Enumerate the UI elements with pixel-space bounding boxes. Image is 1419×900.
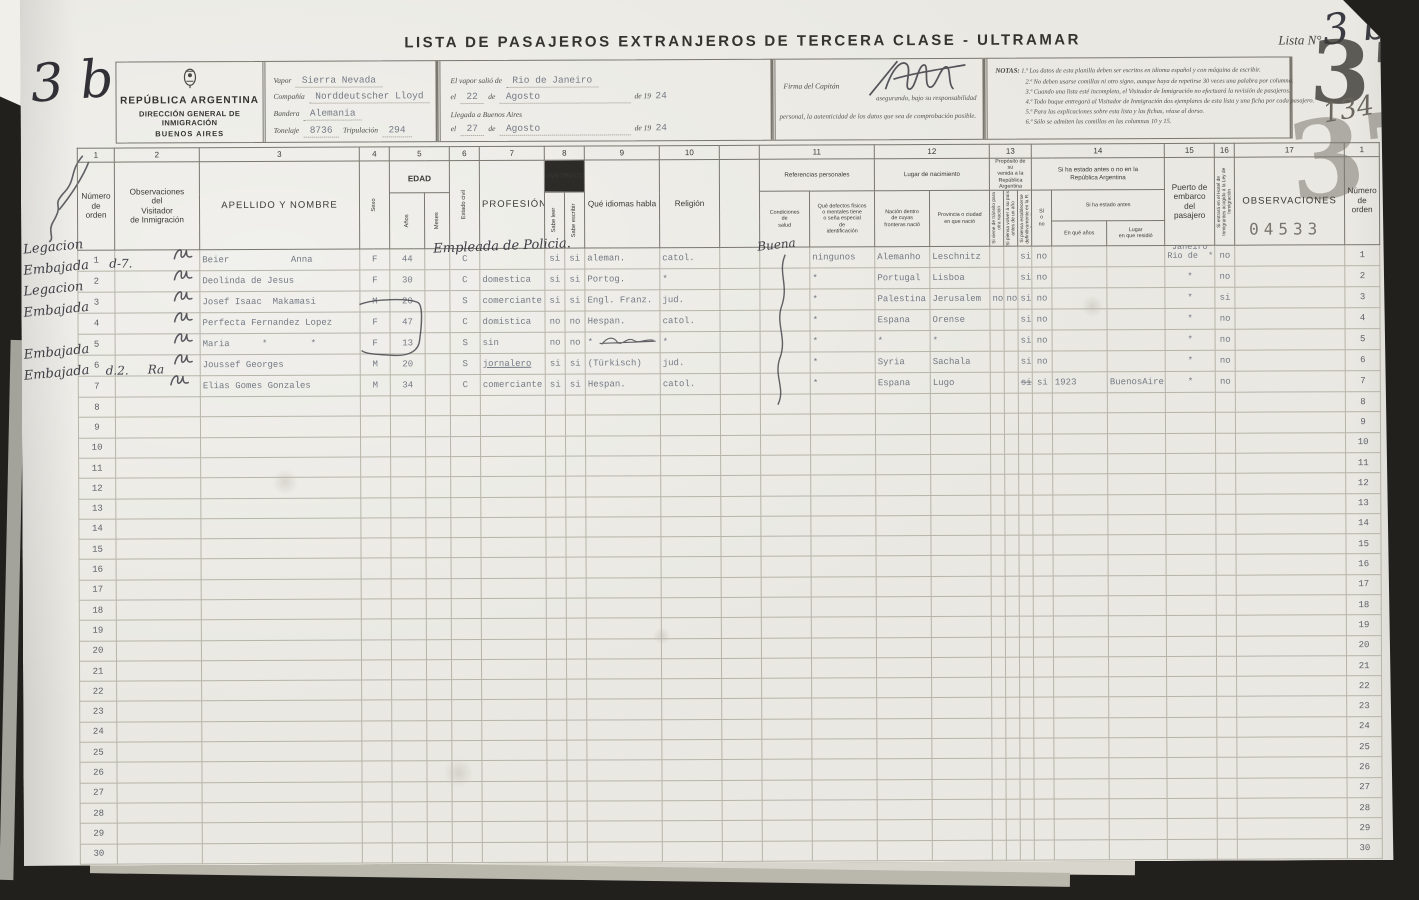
- cell-sexo: [362, 802, 392, 822]
- cell-religion: [660, 415, 720, 436]
- cell-meses: [425, 354, 450, 375]
- cell-anos: [391, 599, 426, 619]
- cell-p2: [1004, 246, 1018, 267]
- cell-prof: [482, 740, 547, 761]
- cell-provincia: [931, 515, 991, 536]
- cell-leer: no: [545, 332, 565, 353]
- cell-meses: [426, 578, 451, 598]
- cell-p2: [1006, 799, 1020, 819]
- cell-defectos: [812, 779, 877, 800]
- cell-leer: [547, 720, 567, 740]
- cell-defectos: [812, 678, 877, 699]
- cell-prof: [482, 720, 547, 741]
- cell-leer: [546, 476, 566, 496]
- cell-sp: [720, 394, 760, 414]
- cell-meses: [427, 680, 452, 700]
- cell-name: Elias Gomes Gonzales: [200, 375, 360, 397]
- cell-r14: [1034, 677, 1054, 697]
- tonelaje-value: 8736: [304, 125, 339, 138]
- cell-p1: no: [990, 288, 1004, 309]
- cell-sp: [722, 780, 762, 800]
- firma-label: Firma del Capitán: [783, 81, 839, 90]
- cell-obs: [117, 681, 202, 702]
- cell-hotel: [1217, 656, 1237, 676]
- cell-p3: [1020, 698, 1034, 718]
- col-numero-orden-2: Número de orden: [1344, 157, 1379, 245]
- cell-sexo: [361, 619, 391, 639]
- nota-1: 1.ª Los datos de esta planilla deben ser…: [1021, 67, 1260, 75]
- cell-defectos: [811, 597, 876, 618]
- cell-name: [201, 457, 361, 478]
- cell-sexo: [362, 700, 392, 720]
- cell-meses: [426, 457, 451, 477]
- cell-r14: [1034, 657, 1054, 677]
- cell-salud: [762, 699, 812, 720]
- captain-note-2: personal, la autenticidad de los datos q…: [780, 113, 976, 121]
- cell-provincia: [931, 495, 991, 516]
- cell-name: Joussef Georges: [200, 354, 360, 376]
- cell-idiomas: Hespan.: [585, 374, 660, 395]
- cell-nacion: [876, 454, 931, 475]
- cell-r14_anos: [1052, 246, 1107, 267]
- cell-hotel: [1216, 453, 1236, 473]
- cell-name: BeierAnna: [200, 249, 360, 271]
- cell-p3: [1019, 616, 1033, 636]
- cell-estado: [450, 416, 480, 436]
- cell-anos: [391, 497, 426, 517]
- cell-r14_lugar: [1107, 413, 1165, 434]
- cell-estado: [451, 456, 481, 476]
- cell-estado: [452, 822, 482, 842]
- salio-label: El vapor salió de: [450, 76, 501, 85]
- cell-sp: [721, 435, 761, 455]
- cell-p3: [1020, 799, 1034, 819]
- cell-meses: [427, 822, 452, 842]
- cell-religion: [661, 476, 721, 497]
- cell-n2: 3: [1345, 287, 1380, 308]
- cell-defectos: [812, 719, 877, 740]
- cell-p2: [1004, 267, 1018, 288]
- cell-salud: [761, 536, 811, 557]
- cell-nacion: [876, 637, 931, 658]
- cell-nacion: [876, 434, 931, 455]
- cell-escribir: [566, 578, 586, 598]
- cell-anos: [392, 741, 427, 761]
- cell-salud: [762, 759, 812, 780]
- cell-name: [201, 437, 361, 458]
- cell-hotel: [1216, 494, 1236, 514]
- cell-nacion: [877, 698, 932, 719]
- cell-obs17: [1237, 656, 1347, 677]
- cell-provincia: [932, 799, 992, 820]
- page-title-left: LISTA DE PASAJEROS EXTRANJEROS: [404, 33, 758, 52]
- cell-idiomas: [586, 638, 661, 659]
- cell-religion: [662, 821, 722, 842]
- cell-meses: [427, 700, 452, 720]
- cell-obs: [116, 559, 201, 580]
- cell-anos: [391, 639, 426, 659]
- cell-prof: [482, 781, 547, 802]
- cell-r14_anos: [1053, 433, 1108, 454]
- cell-puerto: [1167, 737, 1217, 758]
- cell-r14_lugar: [1108, 494, 1166, 515]
- cell-r14_lugar: [1107, 393, 1165, 414]
- cell-name: [201, 477, 361, 498]
- cell-escribir: [567, 821, 587, 841]
- cell-obs17: [1237, 798, 1347, 819]
- cell-obs17: [1235, 350, 1345, 371]
- col-lugar-residio: Lugar en que residió: [1107, 221, 1165, 246]
- cell-p3: [1019, 474, 1033, 494]
- cell-obs: [117, 742, 202, 763]
- cell-idiomas: [587, 780, 662, 801]
- cell-escribir: [567, 700, 587, 720]
- cell-prof: [482, 761, 547, 782]
- col-proposito-c: Si piensa establecerse definitivamente e…: [1017, 190, 1031, 246]
- cell-r14_anos: [1052, 267, 1107, 288]
- cell-obs17: [1236, 635, 1346, 656]
- cell-meses: [425, 375, 450, 396]
- cell-p3: [1019, 535, 1033, 555]
- cell-sp: [720, 247, 760, 268]
- cell-anos: [392, 781, 427, 801]
- cell-obs17: [1237, 696, 1347, 717]
- cell-hotel: no: [1215, 371, 1235, 392]
- cell-hotel: [1217, 737, 1237, 757]
- cell-nacion: [876, 515, 931, 536]
- cell-nacion: *: [875, 331, 930, 352]
- cell-meses: [426, 477, 451, 497]
- cell-p3: [1019, 596, 1033, 616]
- cell-name: [201, 619, 361, 640]
- cell-estado: [452, 741, 482, 761]
- cell-sp: [721, 516, 761, 536]
- cell-name: [200, 416, 360, 437]
- cell-anos: [391, 477, 426, 497]
- check-mark-row-2: [171, 267, 197, 288]
- cell-provincia: [931, 637, 991, 658]
- cell-p1: [990, 330, 1004, 351]
- cell-n2: 12: [1346, 473, 1381, 493]
- cell-r14: [1034, 758, 1054, 778]
- col-en-que-anos: En qué años: [1052, 221, 1107, 246]
- cell-estado: [451, 619, 481, 639]
- tonelaje-label: Tonelaje: [274, 126, 300, 135]
- cell-sexo: [360, 396, 390, 416]
- cell-prof: [481, 618, 546, 639]
- cell-puerto: *: [1165, 350, 1215, 371]
- cell-sexo: [361, 558, 391, 578]
- cell-estado: [452, 801, 482, 821]
- col-referencias: Referencias personales: [759, 159, 874, 192]
- cell-obs17: [1237, 838, 1347, 859]
- cell-p3: [1020, 779, 1034, 799]
- cell-puerto: *: [1165, 329, 1215, 350]
- cell-r14_anos: [1054, 799, 1109, 820]
- cell-estado: C: [450, 375, 480, 396]
- cell-sp: [722, 739, 762, 759]
- cell-estado: [450, 396, 480, 416]
- cell-escribir: si: [565, 269, 585, 290]
- cell-escribir: [567, 801, 587, 821]
- cell-escribir: [566, 456, 586, 476]
- cell-idiomas: [587, 719, 662, 740]
- cell-defectos: [811, 536, 876, 557]
- cell-sexo: F: [360, 249, 390, 270]
- cell-puerto: *: [1165, 308, 1215, 329]
- cell-r14_lugar: [1108, 616, 1166, 637]
- agency-dept: DIRECCIÓN GENERAL DE INMIGRACIÓN: [117, 109, 263, 128]
- cell-idiomas: [587, 760, 662, 781]
- cell-defectos: [812, 820, 877, 841]
- check-mark-row-7: [168, 372, 194, 393]
- col-spacer: [719, 159, 759, 247]
- cell-idiomas: [586, 537, 661, 558]
- cell-nacion: [877, 657, 932, 678]
- cell-p3: [1020, 738, 1034, 758]
- cell-name: [201, 538, 361, 559]
- cell-n2: 21: [1347, 655, 1382, 675]
- cell-provincia: [930, 414, 990, 435]
- de-label-2: de: [488, 124, 495, 133]
- col-si-ha-estado: Si ha estado antes: [1052, 190, 1165, 221]
- cell-anos: 30: [390, 270, 425, 291]
- cell-p1: [992, 677, 1006, 697]
- cell-leer: [547, 842, 567, 862]
- cell-p1: [991, 556, 1005, 576]
- cell-p2: [1005, 495, 1019, 515]
- cell-leer: [547, 801, 567, 821]
- cell-n2: 10: [1346, 432, 1381, 452]
- col-edad: EDAD: [389, 161, 449, 193]
- cell-hotel: no: [1215, 308, 1235, 329]
- cell-r14: no: [1032, 267, 1052, 288]
- cell-puerto: [1166, 575, 1216, 596]
- cell-n: 18: [79, 600, 116, 620]
- cell-nacion: Syria: [875, 352, 930, 373]
- cell-p2: [1004, 330, 1018, 351]
- cell-r14: [1033, 637, 1053, 657]
- cell-puerto: [1166, 413, 1216, 434]
- cell-hotel: [1215, 392, 1235, 412]
- cell-meses: [427, 761, 452, 781]
- cell-obs17: [1237, 676, 1347, 697]
- cell-prof: comerciante: [480, 290, 545, 311]
- cell-leer: si: [545, 269, 565, 290]
- cell-n2: 28: [1347, 798, 1382, 818]
- cell-obs: [116, 498, 201, 519]
- cell-p1: [991, 454, 1005, 474]
- cell-n: 17: [79, 580, 116, 600]
- col-proposito-a: Si viene de tránsito para otra nación: [989, 190, 1003, 246]
- cell-r14_lugar: [1109, 798, 1167, 819]
- cell-r14: [1034, 779, 1054, 799]
- cell-idiomas: (Türkisch): [585, 353, 660, 374]
- cell-p1: [992, 698, 1006, 718]
- cell-r14_lugar: [1108, 535, 1166, 556]
- cell-defectos: [811, 475, 876, 496]
- cell-estado: [451, 538, 481, 558]
- cell-religion: [662, 760, 722, 781]
- cell-nacion: [876, 536, 931, 557]
- cell-p3: si: [1018, 309, 1032, 330]
- col-lugar-nacimiento: Lugar de nacimiento: [874, 158, 989, 191]
- cell-p2: [1005, 515, 1019, 535]
- cell-meses: [426, 538, 451, 558]
- cell-puerto: [1167, 839, 1217, 860]
- cell-p1: [992, 718, 1006, 738]
- cell-r14_lugar: [1109, 778, 1167, 799]
- cell-anos: [392, 842, 427, 862]
- cell-r14_lugar: [1108, 474, 1166, 495]
- cell-nacion: Portugal: [875, 268, 930, 289]
- cell-prof: [481, 497, 546, 518]
- cell-escribir: [566, 618, 586, 638]
- cell-p1: [990, 267, 1004, 288]
- cell-prof: [481, 456, 546, 477]
- cell-r14_lugar: [1109, 656, 1167, 677]
- cell-obs: [117, 721, 202, 742]
- cell-escribir: no: [565, 332, 585, 353]
- cell-religion: [662, 841, 722, 862]
- cell-religion: catol.: [660, 310, 720, 331]
- cell-sp: [720, 331, 760, 352]
- margin-note-3: Legacion: [23, 279, 84, 299]
- cell-escribir: [567, 740, 587, 760]
- cell-salud: [762, 820, 812, 841]
- cell-escribir: [565, 415, 585, 435]
- cell-r14_anos: [1052, 330, 1107, 351]
- cell-puerto: *: [1165, 287, 1215, 308]
- cell-r14_lugar: BuenosAires: [1107, 372, 1165, 393]
- captain-signature: [863, 55, 973, 99]
- cell-provincia: [931, 576, 991, 597]
- cell-estado: [451, 578, 481, 598]
- cell-obs: [115, 397, 200, 418]
- cell-salud: [762, 739, 812, 760]
- cell-sexo: M: [360, 375, 390, 396]
- cell-n: 15: [79, 539, 116, 559]
- cell-defectos: [811, 556, 876, 577]
- cell-defectos: [812, 840, 877, 861]
- cell-prof: [480, 395, 545, 416]
- cell-anos: [392, 802, 427, 822]
- cell-r14_lugar: [1107, 330, 1165, 351]
- cell-n2: 19: [1346, 615, 1381, 635]
- cell-name: [202, 721, 362, 742]
- cell-leer: [546, 639, 566, 659]
- cell-escribir: [566, 639, 586, 659]
- nota-6: 6.ª Sólo se admiten las comillas en las …: [996, 117, 1315, 128]
- cell-hotel: no: [1215, 329, 1235, 350]
- cell-r14: [1033, 555, 1053, 575]
- cell-n: 13: [79, 499, 116, 519]
- cell-p1: [992, 799, 1006, 819]
- cell-meses: [427, 781, 452, 801]
- margin-note-1: Legacion: [23, 237, 84, 257]
- cell-idiomas: [587, 699, 662, 720]
- cell-p2: [1005, 637, 1019, 657]
- cell-defectos: *: [810, 268, 875, 289]
- el-label-2: el: [451, 124, 456, 133]
- cell-p1: [990, 393, 1004, 413]
- corner-handwritten-number: 3 b: [28, 49, 115, 115]
- cell-r14_anos: [1053, 575, 1108, 596]
- cell-salud: [761, 577, 811, 598]
- check-mark-row-3: [171, 288, 197, 309]
- col-estado-civil: Estado civil: [449, 161, 479, 249]
- cell-salud: [761, 516, 811, 537]
- cell-puerto: [1166, 514, 1216, 535]
- cell-p3: [1020, 840, 1034, 860]
- cell-hotel: [1217, 676, 1237, 696]
- cell-provincia: [932, 820, 992, 841]
- cell-sp: [721, 455, 761, 475]
- check-mark-row-5: [172, 330, 198, 351]
- cell-n: 16: [79, 559, 116, 579]
- cell-obs17: [1237, 777, 1347, 798]
- cell-puerto: [1166, 494, 1216, 515]
- cell-defectos: [812, 759, 877, 780]
- cell-idiomas: [586, 435, 661, 456]
- cell-prof: [482, 659, 547, 680]
- form-header: REPÚBLICA ARGENTINA DIRECCIÓN GENERAL DE…: [115, 56, 1292, 143]
- cell-leer: [546, 578, 566, 598]
- cell-anos: [391, 457, 426, 477]
- cell-leer: [546, 618, 566, 638]
- cell-obs: [117, 661, 202, 682]
- notas-label: NOTAS:: [995, 68, 1019, 75]
- cell-n: 22: [80, 681, 117, 701]
- cell-idiomas: [586, 618, 661, 639]
- cell-defectos: [811, 637, 876, 658]
- cell-defectos: *: [810, 331, 875, 352]
- cell-sexo: [361, 437, 391, 457]
- cell-puerto: *: [1165, 371, 1215, 392]
- cell-n2: 6: [1345, 350, 1380, 371]
- cell-obs: [117, 701, 202, 722]
- cell-provincia: [931, 556, 991, 577]
- cell-r14_anos: [1052, 288, 1107, 309]
- cell-defectos: [811, 516, 876, 537]
- cell-name: [202, 700, 362, 721]
- cell-defectos: [812, 658, 877, 679]
- cell-provincia: Orense: [930, 309, 990, 330]
- table-body: 1BeierAnnaF44Csisialeman.catol.ningunosA…: [78, 245, 1383, 865]
- col-nacion: Nación dentro de cuyas fronteras nació: [874, 191, 929, 247]
- cell-p3: si: [1018, 351, 1032, 372]
- cell-provincia: [932, 718, 992, 739]
- cell-r14_lugar: [1109, 839, 1167, 860]
- cell-r14_anos: [1054, 677, 1109, 698]
- cell-puerto: [1167, 697, 1217, 718]
- cell-r14_anos: [1053, 454, 1108, 475]
- cell-puerto: [1166, 453, 1216, 474]
- cell-p3: [1020, 758, 1034, 778]
- cell-nacion: [876, 597, 931, 618]
- cell-obs17: [1236, 473, 1346, 494]
- cell-obs: [116, 519, 201, 540]
- document-sheet: LISTA DE PASAJEROS EXTRANJEROS DE TERCER…: [20, 0, 1399, 866]
- cell-religion: jud.: [660, 289, 720, 310]
- cell-defectos: [811, 617, 876, 638]
- cell-p3: [1020, 819, 1034, 839]
- col-defectos: Qué defectos físicos o mentales tiene o …: [809, 191, 874, 247]
- cell-r14_lugar: [1108, 514, 1166, 535]
- cell-escribir: [566, 436, 586, 456]
- cell-religion: [661, 435, 721, 456]
- cell-p1: [991, 576, 1005, 596]
